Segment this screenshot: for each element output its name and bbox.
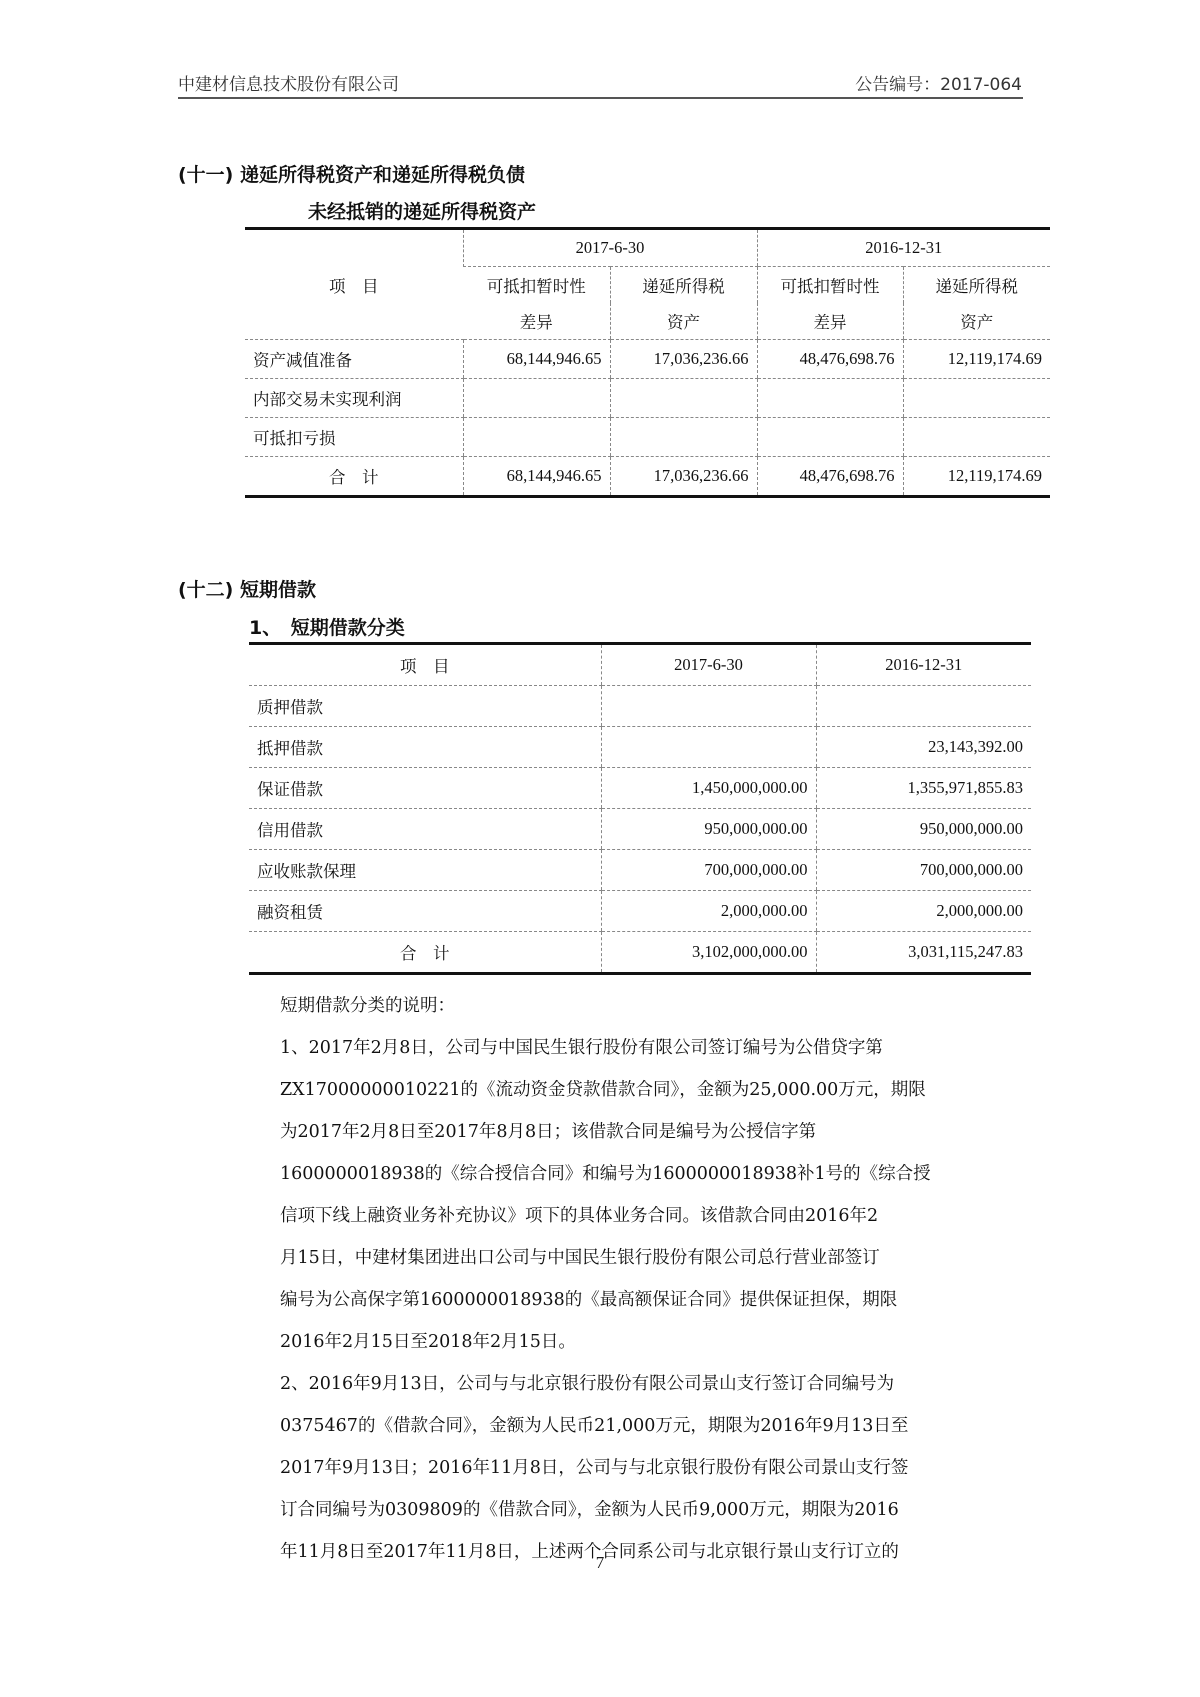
cell-value: 700,000,000.00 [816,850,1031,891]
cell-value: 1,450,000,000.00 [601,768,816,809]
cell-value [601,686,816,727]
column-header-temp-diff: 可抵扣暂时性 [463,267,610,304]
cell-value [903,379,1050,418]
note-line: 2、2016年9月13日，公司与与北京银行股份有限公司景山支行签订合同编号为 [280,1363,1030,1405]
cell-value [610,379,757,418]
table-row: 资产减值准备 68,144,946.65 17,036,236.66 48,47… [245,340,1050,379]
table-header-row: 项 目 2017-6-30 2016-12-31 [245,229,1050,267]
row-label: 抵押借款 [249,727,601,768]
cell-value: 950,000,000.00 [816,809,1031,850]
row-label: 可抵扣亏损 [245,418,463,457]
cell-value: 1,355,971,855.83 [816,768,1031,809]
row-label-total: 合 计 [245,457,463,497]
table-row: 信用借款 950,000,000.00 950,000,000.00 [249,809,1031,850]
note-line: 订合同编号为0309809的《借款合同》，金额为人民币9,000万元，期限为20… [280,1489,1030,1531]
column-header-period-2017: 2017-6-30 [463,229,757,267]
section-12-subtitle: 1、 短期借款分类 [249,613,405,640]
table-row: 融资租赁 2,000,000.00 2,000,000.00 [249,891,1031,932]
cell-value [601,727,816,768]
cell-value: 3,031,115,247.83 [816,932,1031,974]
table-row: 质押借款 [249,686,1031,727]
note-line: 编号为公高保字第1600000018938的《最高额保证合同》提供保证担保，期限 [280,1279,1030,1321]
note-line: 2016年2月15日至2018年2月15日。 [280,1321,1030,1363]
cell-value: 17,036,236.66 [610,457,757,497]
column-header-period-2016: 2016-12-31 [757,229,1050,267]
table-row: 应收账款保理 700,000,000.00 700,000,000.00 [249,850,1031,891]
column-header-2017: 2017-6-30 [601,644,816,686]
cell-value: 2,000,000.00 [601,891,816,932]
cell-value [610,418,757,457]
company-name: 中建材信息技术股份有限公司 [178,70,399,95]
header-divider [178,97,1023,99]
cell-value: 68,144,946.65 [463,340,610,379]
cell-value: 950,000,000.00 [601,809,816,850]
table-total-row: 合 计 68,144,946.65 17,036,236.66 48,476,6… [245,457,1050,497]
cell-value [757,418,903,457]
cell-value [816,686,1031,727]
column-header-temp-diff-line2: 差异 [463,303,610,340]
note-line: 信项下线上融资业务补充协议》项下的具体业务合同。该借款合同由2016年2 [280,1195,1030,1237]
row-label: 质押借款 [249,686,601,727]
cell-value: 48,476,698.76 [757,457,903,497]
table-row: 可抵扣亏损 [245,418,1050,457]
cell-value [463,418,610,457]
note-title: 短期借款分类的说明： [280,985,1030,1027]
table-header-row: 项 目 2017-6-30 2016-12-31 [249,644,1031,686]
row-label-total: 合 计 [249,932,601,974]
cell-value: 12,119,174.69 [903,457,1050,497]
deferred-tax-assets-table: 项 目 2017-6-30 2016-12-31 可抵扣暂时性 递延所得税 可抵… [245,227,1050,498]
table-row: 内部交易未实现利润 [245,379,1050,418]
column-header-temp-diff-line2: 差异 [757,303,903,340]
cell-value: 12,119,174.69 [903,340,1050,379]
cell-value: 68,144,946.65 [463,457,610,497]
row-label: 应收账款保理 [249,850,601,891]
column-header-2016: 2016-12-31 [816,644,1031,686]
short-term-loans-table: 项 目 2017-6-30 2016-12-31 质押借款 抵押借款 23,14… [249,642,1031,975]
cell-value [903,418,1050,457]
column-header-dta-line2: 资产 [903,303,1050,340]
note-line: 为2017年2月8日至2017年8月8日；该借款合同是编号为公授信字第 [280,1111,1030,1153]
table-row: 抵押借款 23,143,392.00 [249,727,1031,768]
row-label: 保证借款 [249,768,601,809]
column-header-item: 项 目 [249,644,601,686]
cell-value [757,379,903,418]
column-header-dta: 递延所得税 [610,267,757,304]
table-total-row: 合 计 3,102,000,000.00 3,031,115,247.83 [249,932,1031,974]
cell-value: 17,036,236.66 [610,340,757,379]
note-line: 月15日，中建材集团进出口公司与中国民生银行股份有限公司总行营业部签订 [280,1237,1030,1279]
column-header-temp-diff: 可抵扣暂时性 [757,267,903,304]
row-label: 资产减值准备 [245,340,463,379]
row-label: 内部交易未实现利润 [245,379,463,418]
note-line: 2017年9月13日；2016年11月8日，公司与与北京银行股份有限公司景山支行… [280,1447,1030,1489]
cell-value: 3,102,000,000.00 [601,932,816,974]
loan-notes: 短期借款分类的说明： 1、2017年2月8日，公司与中国民生银行股份有限公司签订… [280,985,1030,1573]
note-line: ZX17000000010221的《流动资金贷款借款合同》，金额为25,000.… [280,1069,1030,1111]
page-number: 7 [0,1553,1200,1573]
section-12-title: (十二) 短期借款 [178,575,316,602]
table-row: 保证借款 1,450,000,000.00 1,355,971,855.83 [249,768,1031,809]
cell-value [463,379,610,418]
column-header-dta: 递延所得税 [903,267,1050,304]
column-header-item: 项 目 [245,229,463,340]
section-11-title: (十一) 递延所得税资产和递延所得税负债 [178,160,525,187]
section-11-subtitle: 未经抵销的递延所得税资产 [308,197,536,224]
column-header-dta-line2: 资产 [610,303,757,340]
cell-value: 23,143,392.00 [816,727,1031,768]
note-line: 1600000018938的《综合授信合同》和编号为1600000018938补… [280,1153,1030,1195]
row-label: 融资租赁 [249,891,601,932]
cell-value: 2,000,000.00 [816,891,1031,932]
notice-number: 公告编号：2017-064 [855,70,1022,95]
row-label: 信用借款 [249,809,601,850]
note-line: 0375467的《借款合同》，金额为人民币21,000万元，期限为2016年9月… [280,1405,1030,1447]
note-line: 1、2017年2月8日，公司与中国民生银行股份有限公司签订编号为公借贷字第 [280,1027,1030,1069]
cell-value: 48,476,698.76 [757,340,903,379]
cell-value: 700,000,000.00 [601,850,816,891]
